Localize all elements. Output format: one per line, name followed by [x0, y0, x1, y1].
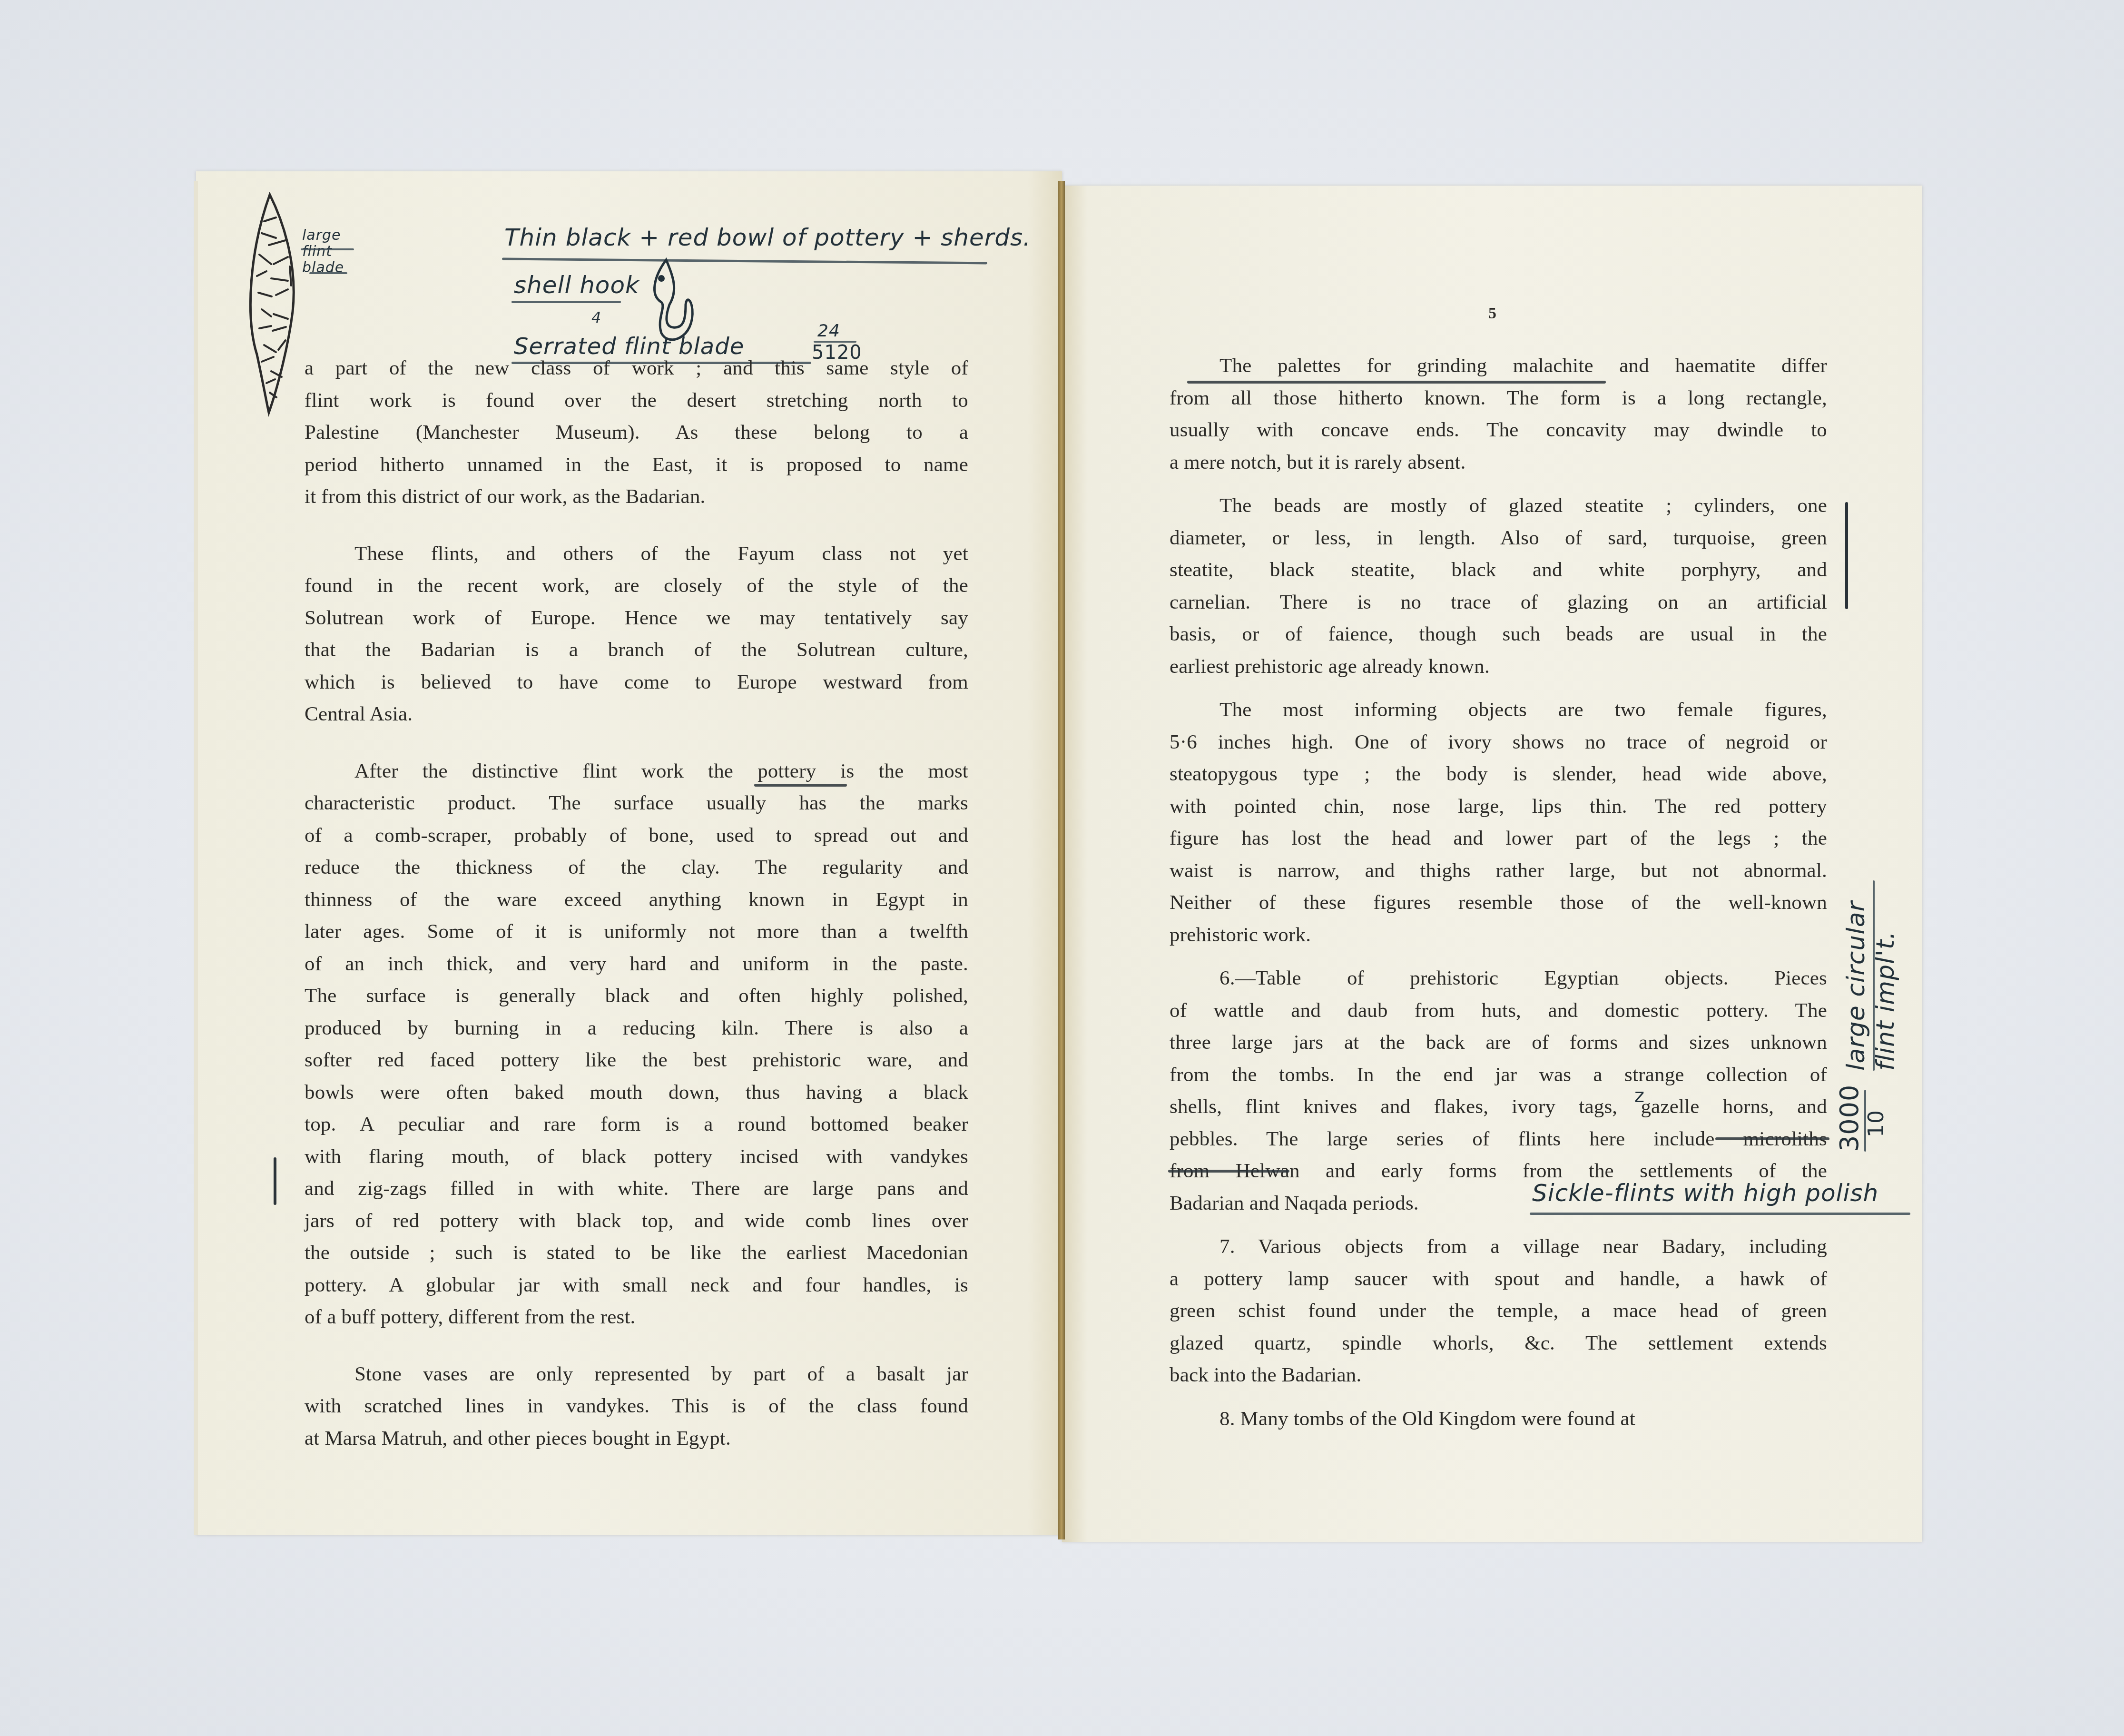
text-line: 6.—Table of prehistoric Egyptian objects… [1170, 962, 1827, 995]
text-line: a mere notch, but it is rarely absent. [1170, 446, 1827, 479]
text-line: pottery. A globular jar with small neck … [305, 1269, 968, 1302]
text-line: with pointed chin, nose large, lips thin… [1170, 790, 1827, 823]
text-line: produced by burning in a reducing kiln. … [305, 1012, 968, 1045]
text-line: softer red faced pottery like the best p… [305, 1044, 968, 1076]
text-line: diameter, or less, in length. Also of sa… [1170, 522, 1827, 554]
right-page-text: The palettes for grinding malachite and … [1170, 350, 1827, 1435]
page-number: 5 [1488, 305, 1496, 323]
text-line: a pottery lamp saucer with spout and han… [1170, 1263, 1827, 1295]
margin-bar-beads [1845, 502, 1848, 609]
underline-microliths [1715, 1137, 1829, 1140]
text-line: period hitherto unnamed in the East, it … [305, 449, 968, 481]
text-line: usually with concave ends. The concavity… [1170, 414, 1827, 446]
text-line: from the tombs. In the end jar was a str… [1170, 1059, 1827, 1091]
text-line: later ages. Some of it is uniformly not … [305, 916, 968, 948]
underline-pottery [754, 784, 847, 787]
text-line: The most informing objects are two femal… [1170, 694, 1827, 726]
text-line: of a buff pottery, different from the re… [305, 1301, 968, 1333]
annotation-shell-hook: shell hook [514, 271, 639, 299]
paragraph-solutrean: These flints, and others of the Fayum cl… [305, 538, 968, 730]
annotation-pottery-note: Thin black + red bowl of pottery + sherd… [504, 224, 1031, 251]
paragraph-beads: The beads are mostly of glazed steatite … [1170, 490, 1827, 682]
text-line: steatopygous type ; the body is slender,… [1170, 758, 1827, 790]
underline-large-flint [301, 248, 354, 250]
left-page-text: a part of the new class of work ; and th… [305, 352, 968, 1454]
text-line: Neither of these figures resemble those … [1170, 887, 1827, 919]
text-line: jars of red pottery with black top, and … [305, 1205, 968, 1237]
text-line: from all those hitherto known. The form … [1170, 382, 1827, 414]
annotation-large-flint-blade: large flint blade [302, 227, 354, 276]
text-line: steatite, black steatite, black and whit… [1170, 554, 1827, 586]
text-line: which is believed to have come to Europe… [305, 666, 968, 699]
text-line: characteristic product. The surface usua… [305, 787, 968, 819]
text-line: of wattle and daub from huts, and domest… [1170, 995, 1827, 1027]
text-line: the outside ; such is stated to be like … [305, 1237, 968, 1269]
text-line: flint work is found over the desert stre… [305, 385, 968, 417]
text-line: carnelian. There is no trace of glazing … [1170, 586, 1827, 619]
text-line: back into the Badarian. [1170, 1359, 1827, 1391]
text-line: thinness of the ware exceed anything kno… [305, 884, 968, 916]
text-line: of a comb-scraper, probably of bone, use… [305, 819, 968, 852]
text-line: The beads are mostly of glazed steatite … [1170, 490, 1827, 522]
annotation-fraction-top: 24 [817, 321, 840, 341]
underline-helwan [1168, 1170, 1289, 1173]
paragraph-stone-vases: Stone vases are only represented by part… [305, 1358, 968, 1455]
book-spine [1058, 181, 1065, 1539]
paragraph-8-tombs: 8. Many tombs of the Old Kingdom were fo… [1170, 1403, 1827, 1435]
text-line: Central Asia. [305, 698, 968, 730]
paragraph-palettes: The palettes for grinding malachite and … [1170, 350, 1827, 478]
text-line: it from this district of our work, as th… [305, 481, 968, 513]
text-line: earliest prehistoric age already known. [1170, 651, 1827, 683]
annotation-large-circular-flint: large circular flint impl't. [1841, 901, 1900, 1071]
annotation-flint-implement: flint impl't. [1871, 901, 1900, 1071]
text-line: 7. Various objects from a village near B… [1170, 1231, 1827, 1263]
text-line: The palettes for grinding malachite and … [1170, 350, 1827, 382]
text-line: prehistoric work. [1170, 919, 1827, 951]
text-line: figure has lost the head and lower part … [1170, 822, 1827, 855]
paragraph-badarian-naming: a part of the new class of work ; and th… [305, 352, 968, 513]
left-page-leaf-edge [194, 181, 198, 1535]
annotation-3000: 3000 [1836, 1085, 1863, 1152]
paragraph-7-village: 7. Various objects from a village near B… [1170, 1231, 1827, 1391]
paragraph-pottery: After the distinctive flint work the pot… [305, 755, 968, 1333]
text-line: three large jars at the back are of form… [1170, 1026, 1827, 1059]
text-line: basis, or of faience, though such beads … [1170, 618, 1827, 651]
margin-bar-pottery-passage [274, 1157, 276, 1205]
text-line: with flaring mouth, of black pottery inc… [305, 1141, 968, 1173]
text-line: Stone vases are only represented by part… [305, 1358, 968, 1391]
text-line: a part of the new class of work ; and th… [305, 352, 968, 385]
underline-shell-hook [511, 301, 621, 303]
text-line: Palestine (Manchester Museum). As these … [305, 416, 968, 449]
annotation-shell-hook-number: 4 [591, 308, 601, 326]
paragraph-female-figures: The most informing objects are two femal… [1170, 694, 1827, 951]
annotation-fraction-3000-10: 3000 10 [1836, 1085, 1890, 1152]
text-line: glazed quartz, spindle whorls, &c. The s… [1170, 1327, 1827, 1360]
text-line: 8. Many tombs of the Old Kingdom were fo… [1170, 1403, 1827, 1435]
text-line: bowls were often baked mouth down, thus … [305, 1076, 968, 1109]
text-line: reduce the thickness of the clay. The re… [305, 851, 968, 884]
underline-blade [309, 272, 347, 274]
text-line: that the Badarian is a branch of the Sol… [305, 634, 968, 666]
annotation-10: 10 [1863, 1070, 1890, 1137]
flint-blade-drawing-icon [240, 193, 302, 416]
annotation-sickle-flints: Sickle-flints with high polish [1532, 1179, 1878, 1207]
text-line: at Marsa Matruh, and other pieces bought… [305, 1422, 968, 1455]
text-line: These flints, and others of the Fayum cl… [305, 538, 968, 570]
text-line: Solutrean work of Europe. Hence we may t… [305, 602, 968, 634]
text-line: found in the recent work, are closely of… [305, 570, 968, 602]
text-line: 5·6 inches high. One of ivory shows no t… [1170, 726, 1827, 759]
annotation-large-circular: large circular [1841, 901, 1871, 1071]
text-line: green schist found under the temple, a m… [1170, 1295, 1827, 1327]
text-line: shells, flint knives and flakes, ivory t… [1170, 1091, 1827, 1123]
underline-sickle-flints [1530, 1213, 1910, 1215]
text-line: waist is narrow, and thighs rather large… [1170, 855, 1827, 887]
text-line: with scratched lines in vandykes. This i… [305, 1390, 968, 1422]
text-line: After the distinctive flint work the pot… [305, 755, 968, 788]
text-line: top. A peculiar and rare form is a round… [305, 1108, 968, 1141]
underline-palettes [1187, 381, 1606, 384]
annotation-gazelle-correction: z [1634, 1085, 1645, 1107]
text-line: and zig-zags filled in with white. There… [305, 1173, 968, 1205]
text-line: of an inch thick, and very hard and unif… [305, 948, 968, 980]
shell-hook-drawing-icon [640, 257, 697, 343]
text-line: The surface is generally black and often… [305, 980, 968, 1012]
